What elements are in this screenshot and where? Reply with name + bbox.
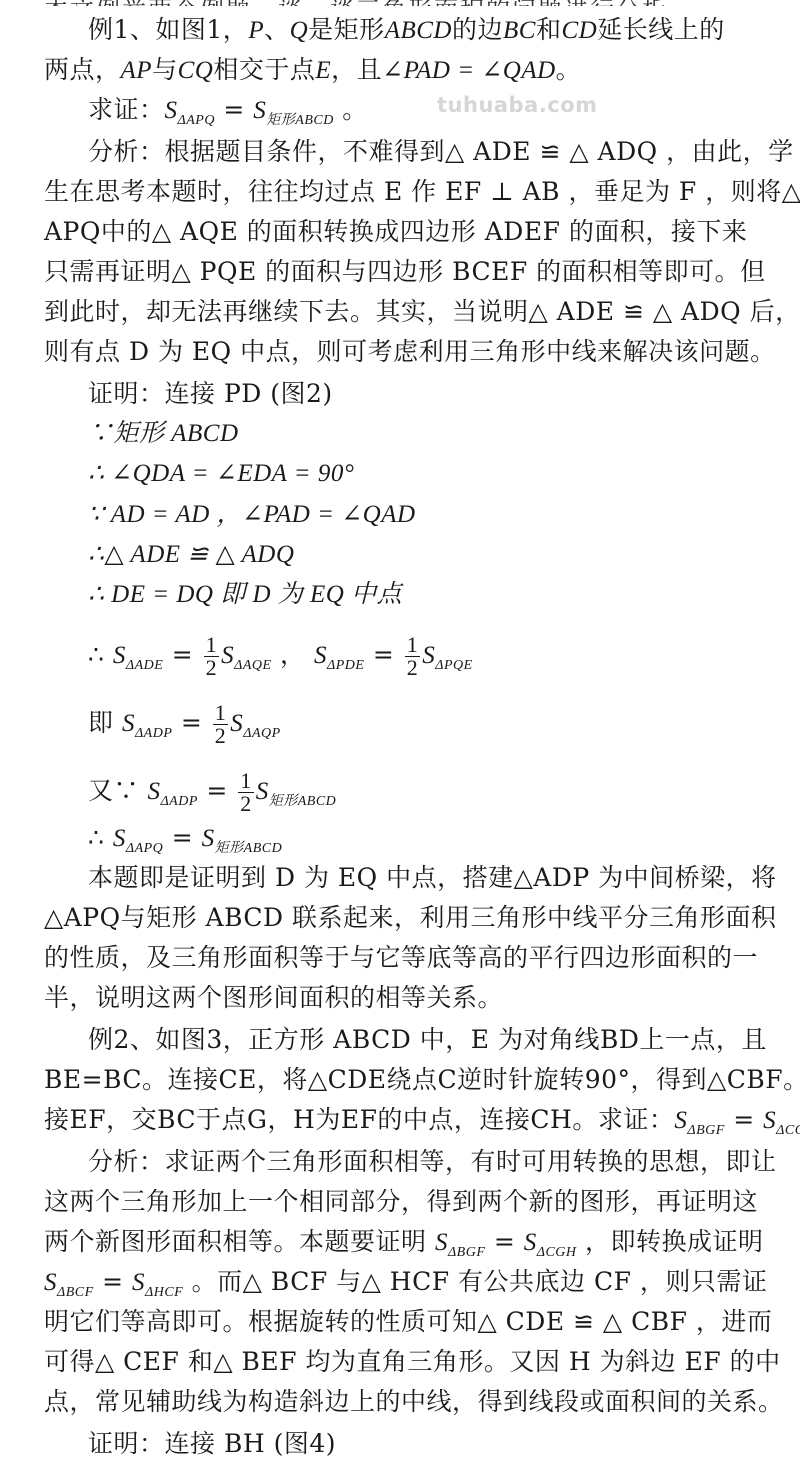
example2-to-prove: 接EF，交BC于点G，H为EF的中点，连接CH。求证：SΔBGF = SΔCGH… bbox=[44, 1104, 800, 1147]
proof1-step-adp: 即 SΔADP = 12SΔAQP bbox=[88, 702, 281, 750]
summary1-line: 的性质，及三角形面积等于与它等底等高的平行四边形面积的一 bbox=[44, 942, 758, 974]
example1-statement-line2: 两点，AP与CQ相交于点E，且∠PAD = ∠QAD。 bbox=[44, 54, 581, 87]
example1-statement-line1: 例1、如图1，P、Q是矩形ABCD的边BC和CD延长线上的 bbox=[88, 14, 725, 47]
fraction-one-half: 12 bbox=[204, 634, 220, 679]
proof1-step: ∵矩形 ABCD bbox=[88, 418, 239, 450]
analysis2-line: 分析：求证两个三角形面积相等，有时可用转换的思想，即让 bbox=[88, 1146, 777, 1178]
proof1-step-rectangle: 又∵ SΔADP = 12S矩形ABCD bbox=[88, 770, 336, 818]
analysis1-line: 则有点 D 为 EQ 中点，则可考虑利用三角形中线来解决该问题。 bbox=[44, 336, 776, 368]
document-page: 本文例举两个例题，谈一谈三角形面积的问题进行分析。 tuhuaba.com 例1… bbox=[0, 0, 800, 1482]
summary1-line: △APQ与矩形 ABCD 联系起来，利用三角形中线平分三角形面积 bbox=[44, 902, 777, 934]
summary1-line: 本题即是证明到 D 为 EQ 中点，搭建△ADP 为中间桥梁，将 bbox=[88, 862, 777, 894]
proof1-intro: 证明：连接 PD (图2) bbox=[88, 378, 333, 410]
summary1-line: 半，说明这两个图形间面积的相等关系。 bbox=[44, 982, 503, 1014]
example2-statement-line: BE=BC。连接CE，将△CDE绕点C逆时针旋转90°，得到△CBF。连 bbox=[44, 1064, 800, 1096]
proof1-step-area-halves: ∴ SΔADE = 12SΔAQE ， SΔPDE = 12SΔPQE bbox=[88, 634, 473, 682]
analysis1-line: APQ中的△ AQE 的面积转换成四边形 ADEF 的面积，接下来 bbox=[44, 216, 747, 248]
analysis2-line: 点，常见辅助线为构造斜边上的中线，得到线段或面积间的关系。 bbox=[44, 1386, 784, 1418]
proof2-intro: 证明：连接 BH (图4) bbox=[88, 1428, 336, 1460]
analysis1-line: 只需再证明△ PQE 的面积与四边形 BCEF 的面积相等即可。但 bbox=[44, 256, 766, 288]
proof1-conclusion: ∴ SΔAPQ = S矩形ABCD bbox=[88, 822, 282, 865]
proof1-step: ∴△ ADE ≌ △ ADQ bbox=[88, 539, 294, 571]
cropped-previous-line: 本文例举两个例题，谈一谈三角形面积的问题进行分析。 bbox=[44, 0, 694, 6]
example2-statement-line: 例2、如图3，正方形 ABCD 中，E 为对角线BD上一点，且 bbox=[88, 1024, 767, 1056]
analysis2-line: 这两个三角形加上一个相同部分，得到两个新的图形，再证明这 bbox=[44, 1186, 758, 1218]
proof1-step: ∴ DE = DQ 即 D 为 EQ 中点 bbox=[88, 579, 402, 611]
example1-to-prove: 求证：SΔAPQ = S矩形ABCD 。 bbox=[88, 94, 368, 137]
fraction-one-half: 12 bbox=[213, 702, 229, 747]
analysis1-line: 到此时，却无法再继续下去。其实，当说明△ ADE ≌ △ ADQ 后， bbox=[44, 296, 800, 328]
analysis1-line: 生在思考本题时，往往均过点 E 作 EF ⊥ AB ，垂足为 F ，则将△ bbox=[44, 176, 800, 208]
analysis2-line: 两个新图形面积相等。本题要证明 SΔBGF = SΔCGH ，即转换成证明 bbox=[44, 1226, 763, 1269]
fraction-one-half: 12 bbox=[405, 634, 421, 679]
watermark: tuhuaba.com bbox=[437, 93, 598, 117]
analysis2-line: 可得△ CEF 和△ BEF 均为直角三角形。又因 H 为斜边 EF 的中 bbox=[44, 1346, 781, 1378]
analysis1-line: 分析：根据题目条件，不难得到△ ADE ≌ △ ADQ ，由此，学 bbox=[88, 136, 794, 168]
fraction-one-half: 12 bbox=[238, 770, 254, 815]
analysis2-line: 明它们等高即可。根据旋转的性质可知△ CDE ≌ △ CBF ，进而 bbox=[44, 1306, 772, 1338]
proof1-step: ∵ AD = AD ，∠PAD = ∠QAD bbox=[88, 499, 416, 531]
analysis2-line: SΔBCF = SΔHCF 。而△ BCF 与△ HCF 有公共底边 CF ，则… bbox=[44, 1266, 767, 1309]
proof1-step: ∴ ∠QDA = ∠EDA = 90° bbox=[88, 458, 354, 490]
